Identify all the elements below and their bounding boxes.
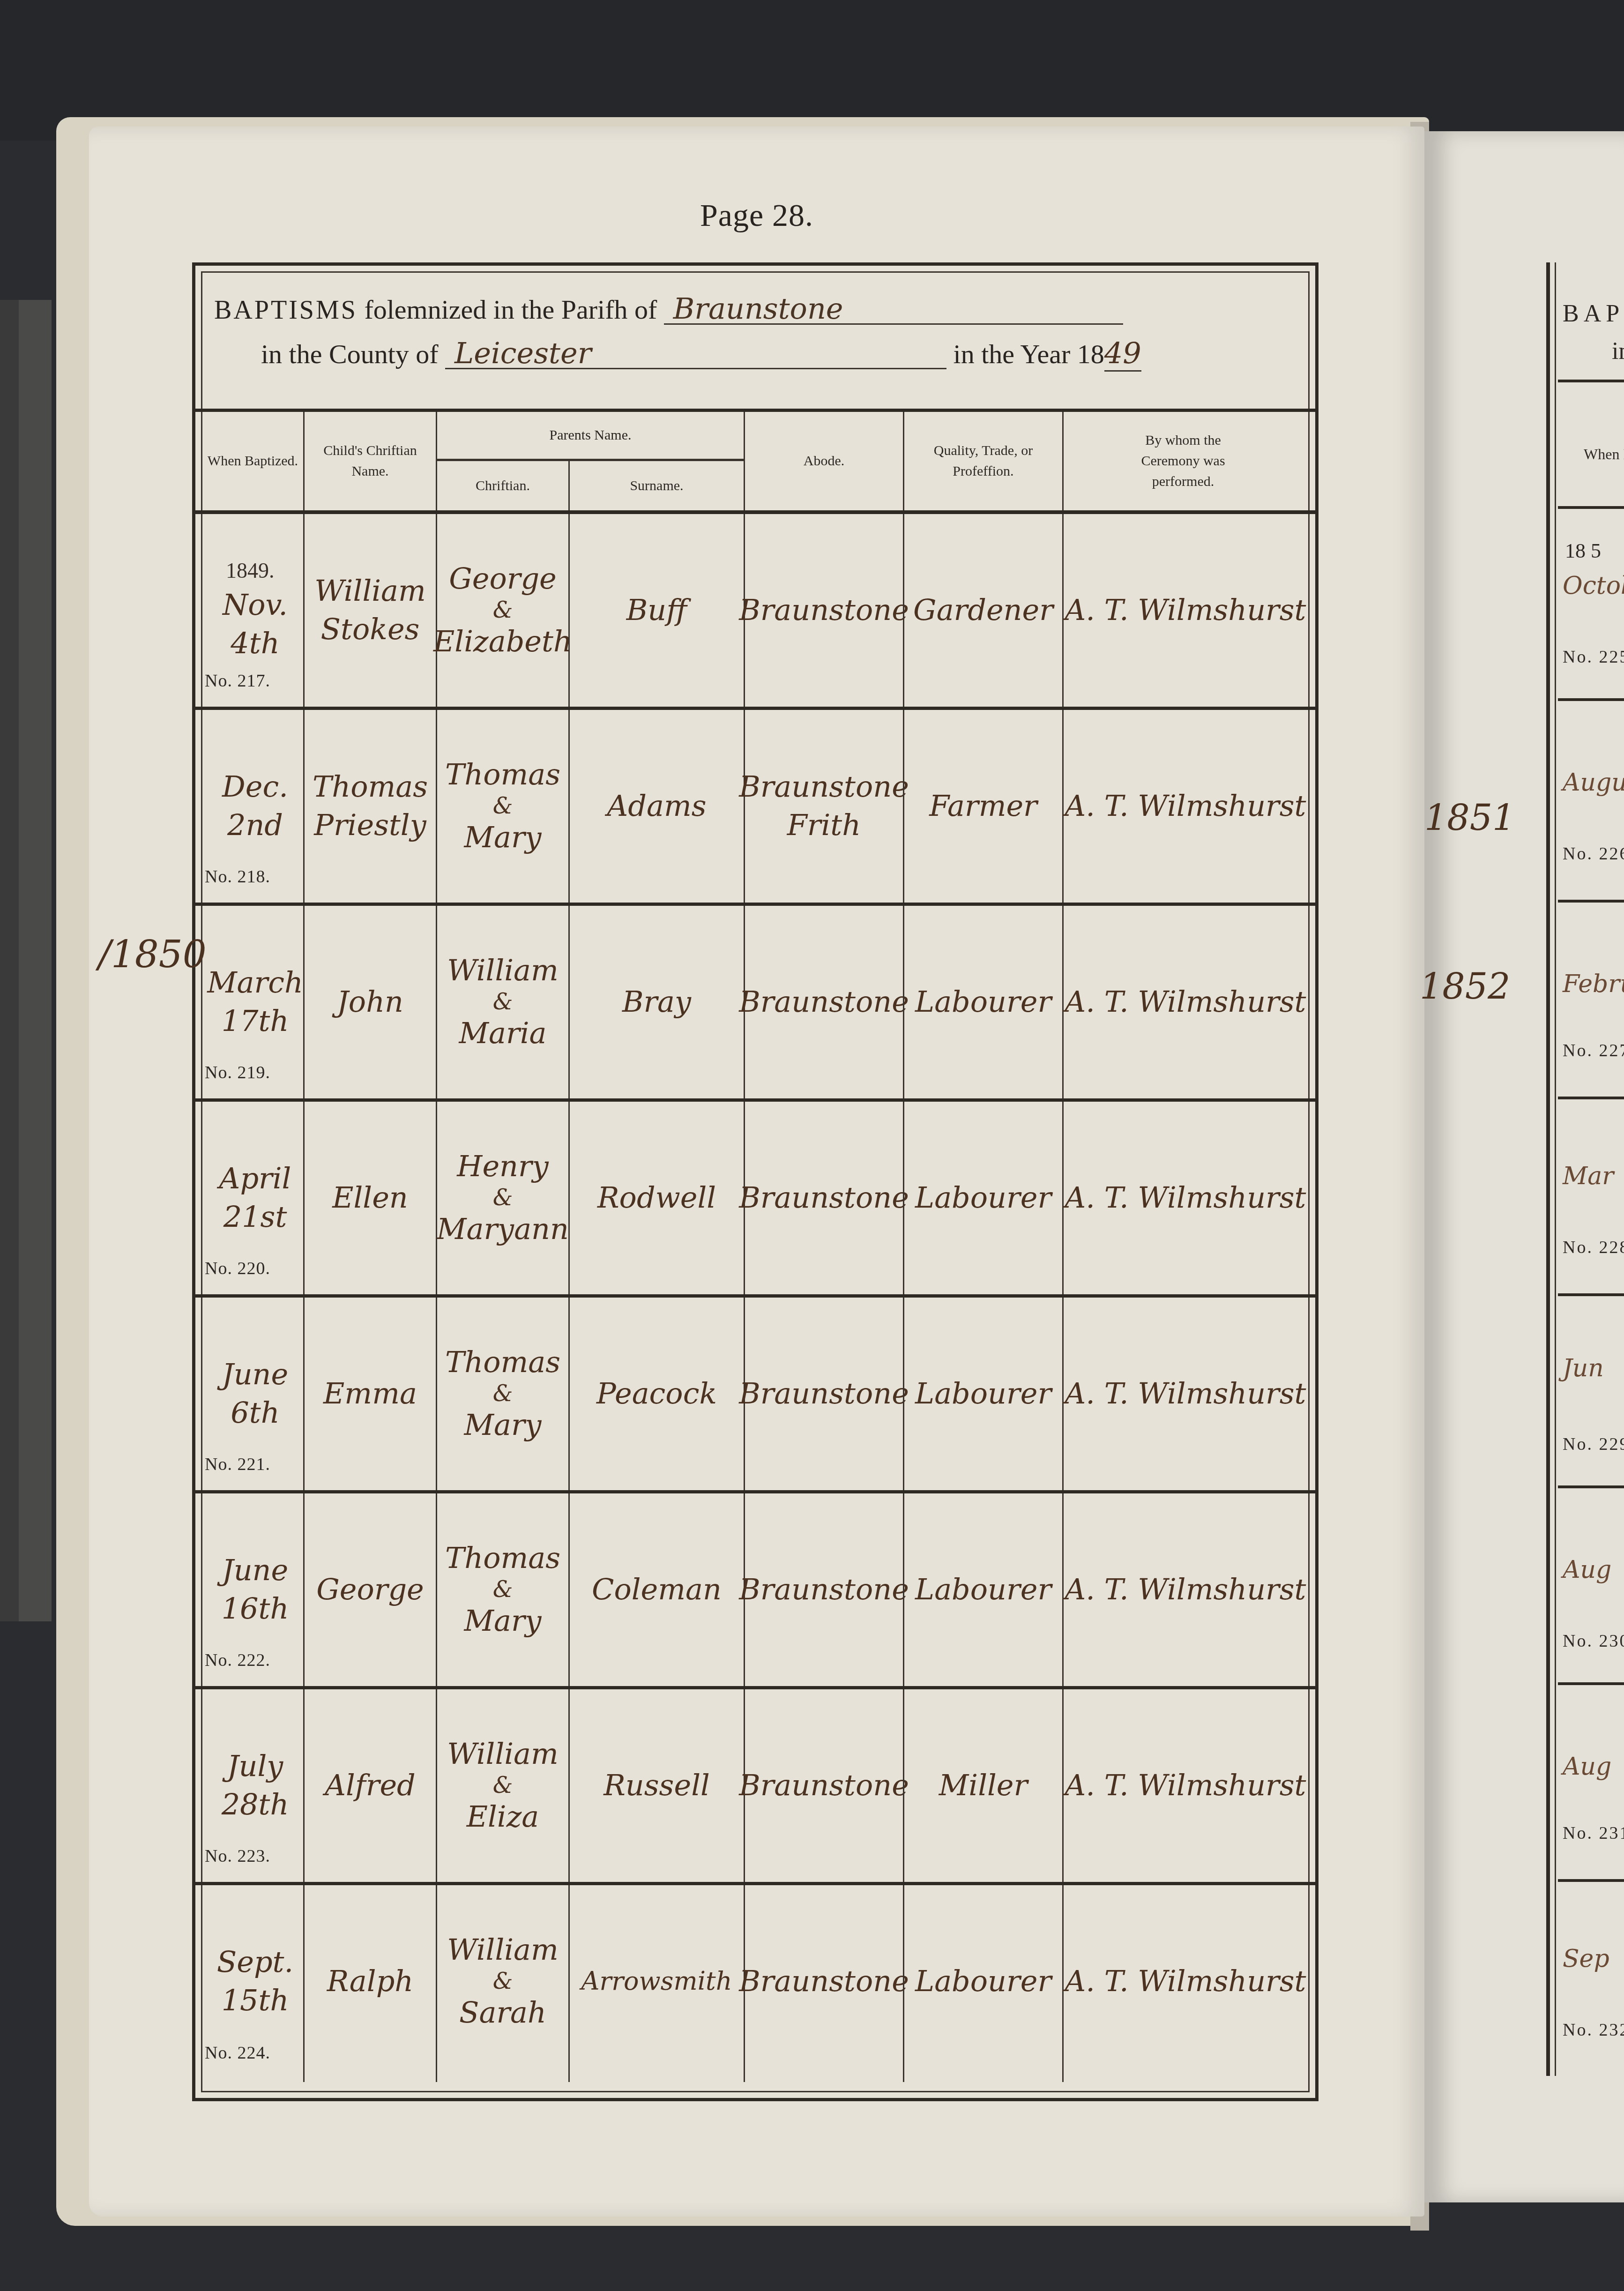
abode: Braunstone bbox=[739, 591, 909, 629]
header-rule bbox=[195, 510, 1315, 514]
table-row: June 16th No. 222. George Thomas & Mary … bbox=[195, 1493, 1315, 1689]
facing-date: Febru bbox=[1563, 970, 1624, 998]
cell-parents-christian: Thomas & Mary bbox=[437, 710, 568, 902]
entry-number: No. 220. bbox=[205, 1258, 270, 1279]
mother-name: Maryann bbox=[437, 1210, 569, 1248]
facing-entry-no: No. 229 bbox=[1563, 1434, 1624, 1455]
register-table: BAPTISMS folemnized in the Parifh of Bra… bbox=[192, 262, 1319, 2101]
page-number: Page 28. bbox=[89, 197, 1424, 234]
cell-trade: Labourer bbox=[904, 906, 1062, 1098]
cell-trade: Labourer bbox=[904, 1885, 1062, 2077]
cell-trade: Miller bbox=[904, 1689, 1062, 1881]
cell-parents-christian: Thomas & Mary bbox=[437, 1493, 568, 1686]
entry-year: 1849. bbox=[207, 558, 275, 583]
cell-surname: Russell bbox=[570, 1689, 744, 1881]
trade: Labourer bbox=[915, 1962, 1051, 2000]
father-name: Henry bbox=[457, 1147, 548, 1186]
entry-number: No. 217. bbox=[205, 671, 270, 691]
row-rule bbox=[195, 707, 1315, 710]
table-row: Dec. 2nd No. 218. Thomas Priestly Thomas… bbox=[195, 710, 1315, 906]
entry-date: Dec. 2nd bbox=[207, 768, 303, 844]
cell-parents-christian: William & Eliza bbox=[437, 1689, 568, 1881]
entry-date: Nov. 4th bbox=[207, 586, 303, 663]
child-name: Alfred bbox=[325, 1766, 416, 1805]
table-row: April 21st No. 220. Ellen Henry & Maryan… bbox=[195, 1102, 1315, 1298]
cell-surname: Adams bbox=[570, 710, 744, 902]
cell-officiant: A. T. Wilmshurst bbox=[1064, 1885, 1307, 2077]
ampersand: & bbox=[493, 598, 513, 622]
child-name: Thomas Priestly bbox=[305, 768, 436, 844]
abode: Braunstone bbox=[739, 1374, 909, 1413]
facing-rule bbox=[1558, 698, 1624, 701]
mother-name: Maria bbox=[459, 1014, 547, 1052]
entry-date: June 6th bbox=[207, 1355, 303, 1432]
cell-child-name: George bbox=[305, 1493, 436, 1686]
officiant: A. T. Wilmshurst bbox=[1065, 591, 1306, 629]
ampersand: & bbox=[493, 990, 513, 1014]
surname: Adams bbox=[607, 787, 706, 825]
heading-line-parish: BAPTISMS folemnized in the Parifh of Bra… bbox=[214, 294, 1123, 325]
year-field: 49 bbox=[1104, 336, 1141, 372]
register-heading: BAPTISMS folemnized in the Parifh of Bra… bbox=[195, 266, 1315, 406]
officiant: A. T. Wilmshurst bbox=[1065, 983, 1306, 1021]
cell-officiant: A. T. Wilmshurst bbox=[1064, 1298, 1307, 1490]
row-rule bbox=[195, 1294, 1315, 1298]
entry-date: June 16th bbox=[207, 1551, 303, 1628]
facing-date: Aug bbox=[1563, 1556, 1611, 1584]
entry-date: April 21st bbox=[207, 1159, 303, 1236]
row-rule bbox=[195, 1882, 1315, 1885]
heading-solemnized: folemnized in the Parifh of bbox=[358, 294, 657, 325]
mother-name: Eliza bbox=[467, 1798, 539, 1836]
surname: Bray bbox=[622, 983, 691, 1021]
child-name: George bbox=[316, 1570, 424, 1609]
cell-officiant: A. T. Wilmshurst bbox=[1064, 1102, 1307, 1294]
cell-trade: Gardener bbox=[904, 514, 1062, 706]
book-binding bbox=[0, 300, 52, 1621]
table-row: 1849. Nov. 4th No. 217. William Stokes G… bbox=[195, 514, 1315, 710]
cell-child-name: Emma bbox=[305, 1298, 436, 1490]
cell-officiant: A. T. Wilmshurst bbox=[1064, 1689, 1307, 1881]
cell-abode: Braunstone Frith bbox=[745, 710, 903, 902]
facing-entry-no: No. 227 bbox=[1563, 1040, 1624, 1061]
heading-rule bbox=[195, 409, 1315, 412]
ampersand: & bbox=[493, 1577, 513, 1602]
abode: Braunstone bbox=[739, 1179, 909, 1217]
officiant: A. T. Wilmshurst bbox=[1065, 1374, 1306, 1413]
table-row: June 6th No. 221. Emma Thomas & Mary Pea… bbox=[195, 1298, 1315, 1493]
father-name: Thomas bbox=[445, 1343, 560, 1381]
mother-name: Mary bbox=[464, 818, 541, 857]
facing-entry-no: No. 225 bbox=[1563, 647, 1624, 667]
header-parents-christian: Chriftian. bbox=[437, 461, 568, 510]
child-name: William Stokes bbox=[305, 572, 436, 649]
entry-date: March 17th bbox=[207, 963, 303, 1040]
father-name: William bbox=[447, 1931, 559, 1969]
cell-child-name: John bbox=[305, 906, 436, 1098]
cell-surname: Buff bbox=[570, 514, 744, 706]
father-name: William bbox=[447, 951, 559, 990]
header-when-baptized: When Baptized. bbox=[202, 412, 303, 510]
cell-trade: Labourer bbox=[904, 1298, 1062, 1490]
trade: Labourer bbox=[915, 1374, 1051, 1413]
ampersand: & bbox=[493, 1381, 513, 1406]
abode: Braunstone bbox=[739, 1570, 909, 1609]
cell-abode: Braunstone bbox=[745, 1102, 903, 1294]
surname: Peacock bbox=[596, 1374, 717, 1413]
table-row: Sept. 15th No. 224. Ralph William & Sara… bbox=[195, 1885, 1315, 2082]
facing-date: Aug bbox=[1563, 1753, 1611, 1781]
cell-surname: Bray bbox=[570, 906, 744, 1098]
facing-page-title: BAPT bbox=[1563, 300, 1624, 328]
cell-officiant: A. T. Wilmshurst bbox=[1064, 906, 1307, 1098]
officiant: A. T. Wilmshurst bbox=[1065, 787, 1306, 825]
county-label: in the County of bbox=[261, 339, 439, 369]
binding-cloth bbox=[19, 300, 52, 1621]
cell-child-name: Ralph bbox=[305, 1885, 436, 2077]
row-rule bbox=[195, 903, 1315, 906]
register-page: Page 28. BAPTISMS folemnized in the Pari… bbox=[89, 127, 1424, 2216]
facing-rule bbox=[1558, 1485, 1624, 1488]
cell-parents-christian: William & Maria bbox=[437, 906, 568, 1098]
trade: Labourer bbox=[915, 983, 1051, 1021]
facing-rule bbox=[1558, 1097, 1624, 1099]
entry-date: Sept. 15th bbox=[207, 1943, 303, 2020]
cell-child-name: Thomas Priestly bbox=[305, 710, 436, 902]
facing-rule bbox=[1558, 900, 1624, 903]
table-row: July 28th No. 223. Alfred William & Eliz… bbox=[195, 1689, 1315, 1885]
facing-date: Augus bbox=[1563, 769, 1624, 797]
cell-abode: Braunstone bbox=[745, 1298, 903, 1490]
heading-line-county: in the County of Leicester in the Year 1… bbox=[261, 336, 1141, 370]
county-field: Leicester bbox=[445, 339, 946, 369]
cell-officiant: A. T. Wilmshurst bbox=[1064, 514, 1307, 706]
father-name: George bbox=[449, 560, 557, 598]
facing-year: 18 5 bbox=[1565, 539, 1601, 563]
trade: Labourer bbox=[915, 1570, 1051, 1609]
facing-rule bbox=[1558, 1682, 1624, 1685]
cell-officiant: A. T. Wilmshurst bbox=[1064, 710, 1307, 902]
child-name: Emma bbox=[323, 1374, 417, 1413]
row-rule bbox=[195, 1490, 1315, 1493]
facing-frame-inner bbox=[1555, 262, 1556, 2076]
facing-page-title-line2: in bbox=[1612, 337, 1624, 365]
cell-abode: Braunstone bbox=[745, 906, 903, 1098]
facing-entry-no: No. 228 bbox=[1563, 1237, 1624, 1258]
cell-parents-christian: George & Elizabeth bbox=[437, 514, 568, 706]
entry-number: No. 221. bbox=[205, 1454, 270, 1475]
child-name: Ellen bbox=[332, 1179, 408, 1217]
facing-date: Jun bbox=[1563, 1354, 1604, 1382]
father-name: Thomas bbox=[445, 755, 560, 794]
table-row: March 17th No. 219. John William & Maria… bbox=[195, 906, 1315, 1102]
cell-surname: Rodwell bbox=[570, 1102, 744, 1294]
facing-date: Mar bbox=[1563, 1162, 1614, 1190]
ampersand: & bbox=[493, 1773, 513, 1798]
margin-year-1852: 1852 bbox=[1420, 965, 1510, 1007]
mother-name: Mary bbox=[464, 1406, 541, 1444]
cell-officiant: A. T. Wilmshurst bbox=[1064, 1493, 1307, 1686]
surname: Buff bbox=[626, 591, 687, 629]
facing-rule bbox=[1558, 1879, 1624, 1882]
margin-year-1850: /1850 bbox=[98, 933, 207, 976]
entry-number: No. 223. bbox=[205, 1846, 270, 1866]
surname: Rodwell bbox=[597, 1179, 716, 1217]
surname: Coleman bbox=[592, 1570, 722, 1609]
header-abode: Abode. bbox=[745, 412, 903, 510]
header-officiant: By whom the Ceremony was performed. bbox=[1064, 412, 1303, 510]
child-name: John bbox=[337, 983, 403, 1021]
facing-entry-no: No. 231 bbox=[1563, 1823, 1624, 1843]
cell-trade: Labourer bbox=[904, 1493, 1062, 1686]
facing-date: Sep bbox=[1563, 1945, 1609, 1973]
cell-child-name: Ellen bbox=[305, 1102, 436, 1294]
ampersand: & bbox=[493, 1969, 513, 1993]
cell-trade: Labourer bbox=[904, 1102, 1062, 1294]
trade: Miller bbox=[939, 1766, 1028, 1805]
officiant: A. T. Wilmshurst bbox=[1065, 1570, 1306, 1609]
cell-parents-christian: William & Sarah bbox=[437, 1885, 568, 2077]
year-label: in the Year 18 bbox=[954, 339, 1104, 369]
header-parents-name: Parents Name. bbox=[437, 412, 744, 459]
cell-parents-christian: Thomas & Mary bbox=[437, 1298, 568, 1490]
parish-field: Braunstone bbox=[664, 294, 1123, 325]
trade: Labourer bbox=[915, 1179, 1051, 1217]
surname: Arrowsmith bbox=[581, 1962, 732, 2000]
cell-surname: Peacock bbox=[570, 1298, 744, 1490]
margin-year-1851: 1851 bbox=[1424, 797, 1515, 838]
cell-child-name: Alfred bbox=[305, 1689, 436, 1881]
entry-number: No. 222. bbox=[205, 1650, 270, 1671]
abode: Braunstone bbox=[739, 1766, 909, 1805]
mother-name: Elizabeth bbox=[433, 622, 572, 661]
abode: Braunstone bbox=[739, 1962, 909, 2000]
facing-entry-no: No. 226 bbox=[1563, 843, 1624, 864]
surname: Russell bbox=[603, 1766, 710, 1805]
facing-entry-no: No. 230 bbox=[1563, 1631, 1624, 1651]
entry-date: July 28th bbox=[207, 1747, 303, 1824]
facing-rule bbox=[1558, 506, 1624, 509]
ampersand: & bbox=[493, 794, 513, 818]
child-name: Ralph bbox=[327, 1962, 414, 2000]
cell-child-name: William Stokes bbox=[305, 514, 436, 706]
header-child-name: Child's Chriftian Name. bbox=[305, 412, 436, 510]
ampersand: & bbox=[493, 1186, 513, 1210]
cell-abode: Braunstone bbox=[745, 1885, 903, 2077]
officiant: A. T. Wilmshurst bbox=[1065, 1962, 1306, 2000]
cell-surname: Coleman bbox=[570, 1493, 744, 1686]
officiant: A. T. Wilmshurst bbox=[1065, 1179, 1306, 1217]
abode: Braunstone bbox=[739, 983, 909, 1021]
entry-number: No. 219. bbox=[205, 1062, 270, 1083]
father-name: Thomas bbox=[445, 1539, 560, 1577]
cell-surname: Arrowsmith bbox=[570, 1885, 744, 2077]
cell-abode: Braunstone bbox=[745, 514, 903, 706]
header-parents-surname: Surname. bbox=[570, 461, 744, 510]
facing-when-header: When Baptize bbox=[1584, 440, 1624, 468]
cell-trade: Farmer bbox=[904, 710, 1062, 902]
row-rule bbox=[195, 1098, 1315, 1102]
heading-baptisms: BAPTISMS bbox=[214, 296, 358, 325]
column-headers: When Baptized. Child's Chriftian Name. P… bbox=[195, 412, 1315, 510]
officiant: A. T. Wilmshurst bbox=[1065, 1766, 1306, 1805]
facing-rule bbox=[1558, 380, 1624, 382]
cell-abode: Braunstone bbox=[745, 1493, 903, 1686]
entry-number: No. 224. bbox=[205, 2043, 270, 2063]
father-name: William bbox=[447, 1735, 559, 1773]
cell-abode: Braunstone bbox=[745, 1689, 903, 1881]
facing-date: Octob bbox=[1563, 572, 1624, 600]
facing-rule bbox=[1558, 1293, 1624, 1296]
cell-parents-christian: Henry & Maryann bbox=[437, 1102, 568, 1294]
header-trade: Quality, Trade, or Profeffion. bbox=[904, 412, 1062, 510]
trade: Gardener bbox=[913, 591, 1053, 629]
entry-number: No. 218. bbox=[205, 866, 270, 887]
row-rule bbox=[195, 1686, 1315, 1689]
facing-entry-no: No. 232 bbox=[1563, 2020, 1624, 2040]
trade: Farmer bbox=[929, 787, 1037, 825]
mother-name: Mary bbox=[464, 1602, 541, 1640]
mother-name: Sarah bbox=[459, 1993, 546, 2032]
abode: Braunstone Frith bbox=[739, 768, 909, 844]
